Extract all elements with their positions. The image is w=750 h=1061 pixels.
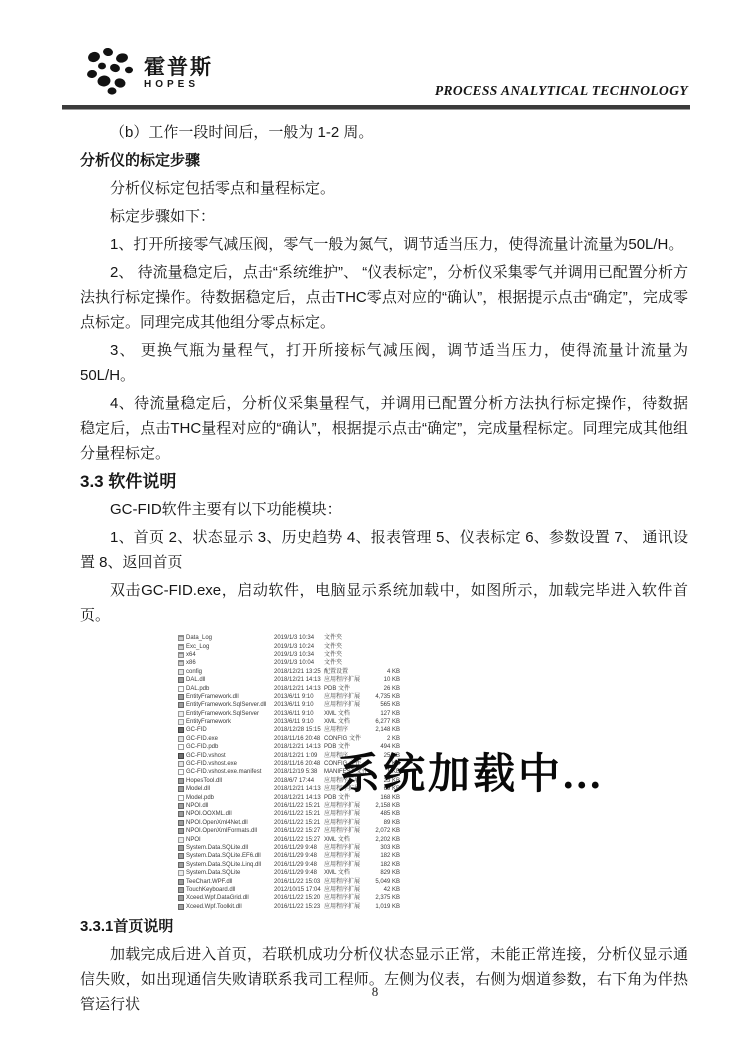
file-row: System.Data.SQLite 2016/11/29 9:48 XML 文… — [178, 869, 400, 877]
file-type: 应用程序扩展 — [324, 886, 364, 894]
file-type: XML 文档 — [324, 710, 364, 718]
page-number: 8 — [0, 984, 750, 1000]
file-date: 2018/12/21 13:25 — [274, 668, 324, 676]
file-date: 2018/11/16 20:48 — [274, 760, 324, 768]
file-size: 2,158 KB — [364, 802, 400, 810]
file-date: 2019/1/3 10:24 — [274, 643, 324, 651]
file-type: 文件夹 — [324, 659, 364, 667]
document-body: （b）工作一段时间后，一般为 1-2 周。 分析仪的标定步骤 分析仪标定包括零点… — [0, 110, 750, 1017]
file-date: 2018/12/21 14:13 — [274, 676, 324, 684]
file-type: CONFIG 文件 — [324, 735, 364, 743]
system-loading-text: 系统加载中... — [338, 763, 604, 788]
file-size: 10 KB — [364, 676, 400, 684]
file-size: 2,072 KB — [364, 827, 400, 835]
file-row: NPOI.dll 2016/11/22 15:21 应用程序扩展 2,158 K… — [178, 802, 400, 810]
paragraph-step-1: 1、打开所接零气减压阀，零气一般为氮气，调节适当压力，使得流量计流量为50L/H… — [80, 232, 688, 257]
file-date: 2016/11/22 15:27 — [274, 836, 324, 844]
paragraph-steps-label: 标定步骤如下： — [80, 204, 688, 229]
file-name: NPOI.OpenXmlFormats.dll — [186, 827, 274, 835]
dll-icon — [178, 887, 184, 893]
file-name: GC-FID.vshost.exe — [186, 760, 274, 768]
file-date: 2013/6/11 9:10 — [274, 701, 324, 709]
file-row: NPOI 2016/11/22 15:27 XML 文档 2,202 KB — [178, 835, 400, 843]
file-size: 2,148 KB — [364, 726, 400, 734]
file-type: 应用程序扩展 — [324, 810, 364, 818]
file-date: 2019/1/3 10:34 — [274, 634, 324, 642]
file-date: 2013/6/11 9:10 — [274, 718, 324, 726]
file-date: 2019/1/3 10:04 — [274, 659, 324, 667]
file-date: 2016/11/22 15:20 — [274, 894, 324, 902]
file-name: NPOI.OpenXml4Net.dll — [186, 819, 274, 827]
file-name: NPOI.dll — [186, 802, 274, 810]
dll-icon — [178, 828, 184, 834]
file-type: 应用程序扩展 — [324, 903, 364, 911]
folder-icon — [178, 652, 184, 658]
dll-icon — [178, 895, 184, 901]
file-date: 2018/12/19 5:38 — [274, 768, 324, 776]
dll-icon — [178, 853, 184, 859]
file-name: TouchKeyboard.dll — [186, 886, 274, 894]
file-date: 2018/6/7 17:44 — [274, 777, 324, 785]
file-type: 文件夹 — [324, 643, 364, 651]
paragraph-step-4: 4、待流量稳定后，分析仪采集量程气，并调用已配置分析方法执行标定操作，待数据稳定… — [80, 391, 688, 466]
file-size: 182 KB — [364, 861, 400, 869]
file-row: NPOI.OOXML.dll 2016/11/22 15:21 应用程序扩展 4… — [178, 810, 400, 818]
file-size: 89 KB — [364, 819, 400, 827]
dll-icon — [178, 820, 184, 826]
file-type: 文件夹 — [324, 634, 364, 642]
file-date: 2013/6/11 9:10 — [274, 710, 324, 718]
file-name: x86 — [186, 659, 274, 667]
file-date: 2016/11/22 15:03 — [274, 878, 324, 886]
file-name: config — [186, 668, 274, 676]
file-size: 182 KB — [364, 852, 400, 860]
dll-icon — [178, 786, 184, 792]
paragraph-calibration-intro: 分析仪标定包括零点和量程标定。 — [80, 176, 688, 201]
loading-screenshot: Data_Log 2019/1/3 10:34 文件夹 Exc_Log 2019… — [178, 632, 678, 912]
file-date: 2018/12/21 14:13 — [274, 743, 324, 751]
xml-icon — [178, 837, 184, 843]
file-size: 26 KB — [364, 685, 400, 693]
file-size: 6,277 KB — [364, 718, 400, 726]
app-icon — [178, 727, 184, 733]
file-name: DAL.pdb — [186, 685, 274, 693]
file-date: 2018/12/21 14:13 — [274, 794, 324, 802]
file-name: System.Data.SQLite.Linq.dll — [186, 861, 274, 869]
file-name: Exc_Log — [186, 643, 274, 651]
file-type: 应用程序扩展 — [324, 894, 364, 902]
file-type: 应用程序 — [324, 726, 364, 734]
file-date: 2013/6/11 9:10 — [274, 693, 324, 701]
file-type: XML 文档 — [324, 869, 364, 877]
file-name: DAL.dll — [186, 676, 274, 684]
file-row: x64 2019/1/3 10:34 文件夹 — [178, 651, 400, 659]
dll-icon — [178, 904, 184, 910]
file-type: 应用程序扩展 — [324, 676, 364, 684]
file-row: GC-FID.pdb 2018/12/21 14:13 PDB 文件 494 K… — [178, 743, 400, 751]
file-date: 2016/11/29 9:48 — [274, 844, 324, 852]
file-size: 485 KB — [364, 810, 400, 818]
logo-cluster-icon — [84, 46, 136, 101]
file-date: 2016/11/29 9:48 — [274, 869, 324, 877]
doc-icon — [178, 795, 184, 801]
dll-icon — [178, 862, 184, 868]
file-name: System.Data.SQLite.EF6.dll — [186, 852, 274, 860]
file-date: 2016/11/22 15:27 — [274, 827, 324, 835]
file-type: 应用程序扩展 — [324, 701, 364, 709]
file-type: 应用程序扩展 — [324, 819, 364, 827]
file-type: 应用程序扩展 — [324, 852, 364, 860]
doc-icon — [178, 686, 184, 692]
file-size: 303 KB — [364, 844, 400, 852]
file-size: 494 KB — [364, 743, 400, 751]
file-name: Xceed.Wpf.DataGrid.dll — [186, 894, 274, 902]
file-name: System.Data.SQLite — [186, 869, 274, 877]
file-row: System.Data.SQLite.EF6.dll 2016/11/29 9:… — [178, 852, 400, 860]
file-size: 829 KB — [364, 869, 400, 877]
file-date: 2012/10/15 17:04 — [274, 886, 324, 894]
file-name: Xceed.Wpf.Toolkit.dll — [186, 903, 274, 911]
file-name: GC-FID.vshost.exe.manifest — [186, 768, 274, 776]
paragraph-interval-b: （b）工作一段时间后，一般为 1-2 周。 — [80, 120, 688, 145]
file-name: EntityFramework.SqlServer — [186, 710, 274, 718]
file-row: GC-FID 2018/12/28 15:15 应用程序 2,148 KB — [178, 726, 400, 734]
file-type: XML 文档 — [324, 718, 364, 726]
file-name: x64 — [186, 651, 274, 659]
file-row: DAL.dll 2018/12/21 14:13 应用程序扩展 10 KB — [178, 676, 400, 684]
brand-name-cn: 霍普斯 — [144, 57, 213, 79]
file-name: GC-FID.vshost — [186, 752, 274, 760]
file-name: Model.pdb — [186, 794, 274, 802]
file-date: 2018/12/21 14:13 — [274, 685, 324, 693]
file-size: 42 KB — [364, 886, 400, 894]
document-page: 霍普斯 HOPES PROCESS ANALYTICAL TECHNOLOGY … — [0, 0, 750, 1061]
file-row: x86 2019/1/3 10:04 文件夹 — [178, 659, 400, 667]
file-size: 127 KB — [364, 710, 400, 718]
file-type: PDB 文件 — [324, 743, 364, 751]
file-size: 2,202 KB — [364, 836, 400, 844]
config-icon — [178, 761, 184, 767]
file-row: Exc_Log 2019/1/3 10:24 文件夹 — [178, 642, 400, 650]
file-date: 2018/12/21 14:13 — [274, 785, 324, 793]
xml-icon — [178, 870, 184, 876]
file-row: EntityFramework.SqlServer.dll 2013/6/11 … — [178, 701, 400, 709]
file-size: 4,735 KB — [364, 693, 400, 701]
file-type: 配置设置 — [324, 668, 364, 676]
file-row: DAL.pdb 2018/12/21 14:13 PDB 文件 26 KB — [178, 684, 400, 692]
file-name: NPOI.OOXML.dll — [186, 810, 274, 818]
folder-icon — [178, 660, 184, 666]
dll-icon — [178, 694, 184, 700]
brand-name-en: HOPES — [144, 79, 213, 91]
config-icon — [178, 669, 184, 675]
dll-icon — [178, 677, 184, 683]
file-date: 2016/11/29 9:48 — [274, 852, 324, 860]
file-type: 应用程序扩展 — [324, 827, 364, 835]
file-date: 2018/12/28 15:15 — [274, 726, 324, 734]
doc-icon — [178, 744, 184, 750]
file-row: NPOI.OpenXml4Net.dll 2016/11/22 15:21 应用… — [178, 819, 400, 827]
file-name: Data_Log — [186, 634, 274, 642]
file-type: 应用程序扩展 — [324, 861, 364, 869]
file-name: GC-FID — [186, 726, 274, 734]
heading-section-3-3: 3.3 软件说明 — [80, 469, 688, 494]
dll-icon — [178, 879, 184, 885]
heading-section-3-3-1: 3.3.1首页说明 — [80, 914, 688, 939]
paragraph-software-intro: GC-FID软件主要有以下功能模块： — [80, 497, 688, 522]
file-name: EntityFramework.dll — [186, 693, 274, 701]
file-size: 4 KB — [364, 668, 400, 676]
file-name: GC-FID.exe — [186, 735, 274, 743]
dll-icon — [178, 811, 184, 817]
file-date: 2018/12/21 1:09 — [274, 752, 324, 760]
file-row: config 2018/12/21 13:25 配置设置 4 KB — [178, 668, 400, 676]
file-name: GC-FID.pdb — [186, 743, 274, 751]
file-type: XML 文档 — [324, 836, 364, 844]
file-name: NPOI — [186, 836, 274, 844]
file-date: 2016/11/22 15:21 — [274, 810, 324, 818]
xml-icon — [178, 711, 184, 717]
paragraph-module-list: 1、首页 2、状态显示 3、历史趋势 4、报表管理 5、仪表标定 6、参数设置 … — [80, 525, 688, 575]
file-type: 应用程序扩展 — [324, 844, 364, 852]
file-name: Model.dll — [186, 785, 274, 793]
dll-icon — [178, 702, 184, 708]
file-row: NPOI.OpenXmlFormats.dll 2016/11/22 15:27… — [178, 827, 400, 835]
app-icon — [178, 753, 184, 759]
file-type: 文件夹 — [324, 651, 364, 659]
file-row: Xceed.Wpf.Toolkit.dll 2016/11/22 15:23 应… — [178, 903, 400, 911]
file-size: 1,019 KB — [364, 903, 400, 911]
folder-icon — [178, 635, 184, 641]
file-name: EntityFramework.SqlServer.dll — [186, 701, 274, 709]
file-size: 565 KB — [364, 701, 400, 709]
heading-calibration-steps: 分析仪的标定步骤 — [80, 148, 688, 173]
file-row: System.Data.SQLite.Linq.dll 2016/11/29 9… — [178, 861, 400, 869]
file-name: TeeChart.WPF.dll — [186, 878, 274, 886]
file-name: EntityFramework — [186, 718, 274, 726]
file-type: 应用程序扩展 — [324, 802, 364, 810]
file-date: 2016/11/22 15:23 — [274, 903, 324, 911]
dll-icon — [178, 845, 184, 851]
file-row: TeeChart.WPF.dll 2016/11/22 15:03 应用程序扩展… — [178, 877, 400, 885]
file-name: System.Data.SQLite.dll — [186, 844, 274, 852]
file-size: 5,049 KB — [364, 878, 400, 886]
file-date: 2018/11/16 20:48 — [274, 735, 324, 743]
file-row: EntityFramework.SqlServer 2013/6/11 9:10… — [178, 710, 400, 718]
file-size: 2,375 KB — [364, 894, 400, 902]
file-row: Xceed.Wpf.DataGrid.dll 2016/11/22 15:20 … — [178, 894, 400, 902]
file-size: 2 KB — [364, 735, 400, 743]
xml-icon — [178, 719, 184, 725]
file-type: 应用程序扩展 — [324, 878, 364, 886]
file-row: GC-FID.exe 2018/11/16 20:48 CONFIG 文件 2 … — [178, 735, 400, 743]
paragraph-step-2: 2、 待流量稳定后，点击“系统维护”、 “仪表标定”，分析仪采集零气并调用已配置… — [80, 260, 688, 335]
file-row: Data_Log 2019/1/3 10:34 文件夹 — [178, 634, 400, 642]
file-row: TouchKeyboard.dll 2012/10/15 17:04 应用程序扩… — [178, 886, 400, 894]
paragraph-step-3: 3、 更换气瓶为量程气，打开所接标气减压阀，调节适当压力，使得流量计流量为50L… — [80, 338, 688, 388]
file-type: 应用程序扩展 — [324, 693, 364, 701]
dll-icon — [178, 803, 184, 809]
config-icon — [178, 736, 184, 742]
header-tagline: PROCESS ANALYTICAL TECHNOLOGY — [435, 83, 688, 101]
file-date: 2016/11/22 15:21 — [274, 802, 324, 810]
folder-icon — [178, 644, 184, 650]
hopes-logo: 霍普斯 HOPES — [84, 46, 213, 101]
doc-icon — [178, 769, 184, 775]
file-date: 2016/11/29 9:48 — [274, 861, 324, 869]
page-header: 霍普斯 HOPES PROCESS ANALYTICAL TECHNOLOGY — [0, 0, 750, 105]
file-row: EntityFramework.dll 2013/6/11 9:10 应用程序扩… — [178, 693, 400, 701]
file-name: HopesTool.dll — [186, 777, 274, 785]
file-date: 2019/1/3 10:34 — [274, 651, 324, 659]
dll-icon — [178, 778, 184, 784]
paragraph-launch: 双击GC-FID.exe，启动软件，电脑显示系统加载中，如图所示，加载完毕进入软… — [80, 578, 688, 628]
file-row: EntityFramework 2013/6/11 9:10 XML 文档 6,… — [178, 718, 400, 726]
file-type: PDB 文件 — [324, 685, 364, 693]
paragraph-home-description: 加载完成后进入首页，若联机成功分析仪状态显示正常，未能正常连接，分析仪显示通信失… — [80, 942, 688, 1017]
file-row: System.Data.SQLite.dll 2016/11/29 9:48 应… — [178, 844, 400, 852]
file-date: 2016/11/22 15:21 — [274, 819, 324, 827]
